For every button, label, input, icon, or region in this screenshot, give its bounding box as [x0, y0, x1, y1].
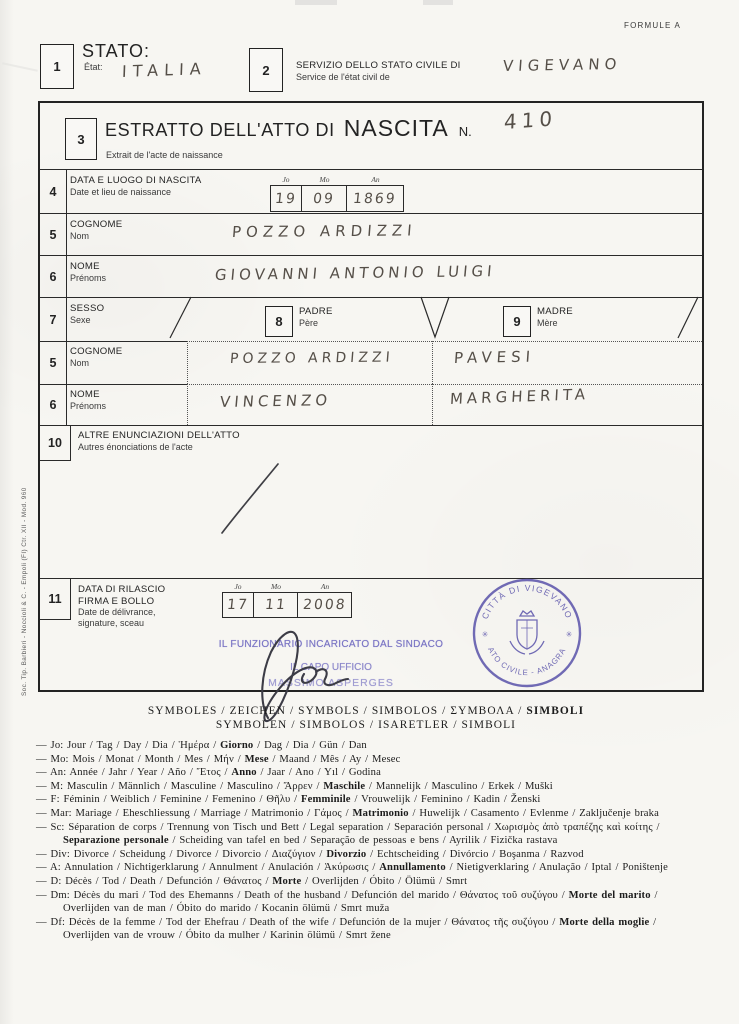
birth-labels: DATA E LUOGO DI NASCITA Date et lieu de …	[70, 175, 202, 198]
box-9-number: 9	[503, 306, 531, 337]
issue-label-fr2: signature, sceau	[78, 618, 165, 629]
other-labels: ALTRE ENUNCIAZIONI DELL'ATTO Autres énon…	[78, 430, 240, 453]
pencil-smudge	[2, 62, 38, 71]
issue-month-value: 11	[264, 597, 288, 613]
row-7-number: 7	[40, 298, 67, 341]
extract-subtitle-fr: Extrait de l'acte de naissance	[106, 150, 223, 161]
birth-label-fr: Date et lieu de naissance	[70, 187, 202, 198]
form-code: FORMULE A	[624, 21, 681, 30]
birth-year-value: 1869	[352, 191, 397, 207]
service-label-fr: Service de l'état civil de	[296, 72, 390, 83]
father-label-fr: Père	[299, 318, 333, 329]
state-label-it: STATO:	[82, 41, 150, 62]
mother-label-fr: Mère	[537, 318, 573, 329]
parents-given-labels: NOME Prénoms	[70, 389, 106, 412]
dotted-divider	[187, 384, 188, 425]
scan-smudge	[295, 0, 337, 5]
symbol-entry: — A: Annulation / Nichtigerklarung / Ann…	[36, 861, 704, 875]
child-surname-value: POZZO ARDIZZI	[231, 221, 417, 241]
parents-surname-label-fr: Nom	[70, 358, 122, 369]
parents-given-label-fr: Prénoms	[70, 401, 106, 412]
service-label-it: SERVIZIO DELLO STATO CIVILE DI	[296, 60, 461, 72]
given-label-fr: Prénoms	[70, 273, 106, 284]
birth-day-value: 19	[274, 191, 298, 207]
printer-margin-note: Soc. Tip. Barbieri - Noccioli & C. - Emp…	[21, 418, 33, 696]
mother-labels: MADRE Mère	[537, 306, 573, 329]
parents-given-label-it: NOME	[70, 389, 106, 401]
extract-number-value: 410	[504, 106, 558, 134]
box-8-number: 8	[265, 306, 293, 337]
other-label-it: ALTRE ENUNCIAZIONI DELL'ATTO	[78, 430, 240, 442]
row-6b-number: 6	[40, 384, 67, 425]
row-child-given: 6 NOME Prénoms GIOVANNI ANTONIO LUIGI	[40, 256, 702, 298]
other-label-fr: Autres énonciations de l'acte	[78, 442, 240, 453]
box-9-digit: 9	[513, 314, 520, 329]
row-extract-title: 3 ESTRATTO DELL'ATTO DI NASCITA N. Extra…	[40, 103, 702, 170]
row-10-number: 10	[40, 426, 71, 461]
box-1-digit: 1	[53, 59, 60, 74]
father-surname-value: POZZO ARDIZZI	[229, 350, 394, 367]
symbol-entry: — F: Féminin / Weiblich / Feminine / Fem…	[36, 793, 704, 807]
row-5-number: 5	[40, 214, 67, 255]
dotted-divider	[187, 341, 188, 384]
issue-year-value: 2008	[302, 597, 347, 613]
father-labels: PADRE Père	[299, 306, 333, 329]
birth-label-it: DATA E LUOGO DI NASCITA	[70, 175, 202, 187]
symbol-entry: — Jo: Jour / Tag / Day / Dia / Ἡμέρα / G…	[36, 739, 704, 753]
sex-labels: SESSO Sexe	[70, 303, 104, 326]
issue-label-it1: DATA DI RILASCIO	[78, 584, 165, 596]
symbol-entry: — Sc: Séparation de corps / Trennung von…	[36, 821, 704, 848]
dotted-divider	[432, 341, 433, 384]
father-label-it: PADRE	[299, 306, 333, 318]
child-given-value: GIOVANNI ANTONIO LUIGI	[214, 262, 496, 284]
symbol-entry: — D: Décès / Tod / Death / Defunción / Θ…	[36, 875, 704, 889]
box-8-digit: 8	[275, 314, 282, 329]
row-sex-parents: 7 SESSO Sexe 8 PADRE Père 9 MADRE Mère	[40, 298, 702, 341]
date-header-year: An	[347, 175, 404, 184]
row-issue: 11 DATA DI RILASCIO FIRMA E BOLLO Date d…	[40, 579, 702, 690]
parents-surname-label-it: COGNOME	[70, 346, 122, 358]
row-other-entries: 10 ALTRE ENUNCIAZIONI DELL'ATTO Autres é…	[40, 426, 702, 579]
symbol-entry: — Div: Divorce / Scheidung / Divorce / D…	[36, 848, 704, 862]
symbols-list: — Jo: Jour / Tag / Day / Dia / Ἡμέρα / G…	[36, 739, 704, 943]
symbols-header-line2: SYMBOLEN / SIMBOLOS / ISARETLER / SIMBOL…	[36, 719, 696, 733]
symbol-entry: — Mo: Mois / Monat / Month / Mes / Μήν /…	[36, 753, 704, 767]
row-parents-surname: 5 COGNOME Nom POZZO ARDIZZI PAVESI	[40, 341, 702, 384]
document-page: FORMULE A 1 STATO: État: ITALIA 2 SERVIZ…	[0, 0, 739, 1024]
row-4-number: 4	[40, 170, 67, 213]
symbol-entry: — Dm: Décès du mari / Tod des Ehemanns /…	[36, 889, 704, 916]
birth-month-cell: 09	[302, 185, 347, 212]
date-header-month: Mo	[302, 175, 347, 184]
scan-smudge	[423, 0, 453, 5]
official-name: MASSIMO ASPERGES	[205, 677, 457, 689]
row-6-number: 6	[40, 256, 67, 297]
issue-month-cell: 11	[254, 592, 298, 618]
symbol-entry: — M: Masculin / Männlich / Masculine / M…	[36, 780, 704, 794]
issue-label-it2: FIRMA E BOLLO	[78, 596, 165, 608]
issue-date-headers: Jo Mo An	[222, 582, 352, 591]
given-labels: NOME Prénoms	[70, 261, 106, 284]
extract-title-prefix: ESTRATTO DELL'ATTO DI	[105, 120, 335, 141]
extract-number-label: N.	[459, 124, 472, 139]
surname-label-it: COGNOME	[70, 219, 122, 231]
issue-date-grid: 17 11 2008	[222, 592, 352, 618]
mother-surname-value: PAVESI	[453, 348, 535, 367]
row-birth-date: 4 DATA E LUOGO DI NASCITA Date et lieu d…	[40, 170, 702, 214]
form-table: 3 ESTRATTO DELL'ATTO DI NASCITA N. Extra…	[38, 101, 704, 692]
mother-label-it: MADRE	[537, 306, 573, 318]
date-header-day: Jo	[222, 582, 254, 591]
issue-day-cell: 17	[222, 592, 254, 618]
sex-label-it: SESSO	[70, 303, 104, 315]
extract-title: ESTRATTO DELL'ATTO DI NASCITA N.	[105, 115, 472, 142]
issue-day-value: 17	[226, 597, 250, 613]
birth-day-cell: 19	[270, 185, 302, 212]
surname-label-fr: Nom	[70, 231, 122, 242]
symbol-entry: — An: Année / Jahr / Year / Año / Ἔτος /…	[36, 766, 704, 780]
official-title-line2: IL CAPO UFFICIO	[205, 662, 457, 673]
sex-label-fr: Sexe	[70, 315, 104, 326]
parents-surname-labels: COGNOME Nom	[70, 346, 122, 369]
symbols-header-line1: SYMBOLES / ZEICHEN / SYMBOLS / SIMBOLOS …	[36, 705, 696, 719]
date-header-year: An	[298, 582, 352, 591]
issue-labels: DATA DI RILASCIO FIRMA E BOLLO Date de d…	[78, 584, 165, 629]
box-2-digit: 2	[262, 63, 269, 78]
row-11-number: 11	[40, 579, 71, 620]
mother-given-value: MARGHERITA	[450, 385, 590, 408]
surname-labels: COGNOME Nom	[70, 219, 122, 242]
box-2-number: 2	[249, 48, 283, 92]
state-value: ITALIA	[122, 59, 207, 81]
given-label-it: NOME	[70, 261, 106, 273]
row-5b-number: 5	[40, 341, 67, 384]
issue-label-fr1: Date de délivrance,	[78, 607, 165, 618]
father-given-value: VINCENZO	[219, 391, 332, 411]
birth-year-cell: 1869	[347, 185, 404, 212]
date-header-day: Jo	[270, 175, 302, 184]
box-1-number: 1	[40, 44, 74, 89]
extract-title-main: NASCITA	[344, 115, 449, 142]
birth-month-value: 09	[312, 191, 336, 207]
box-3-number: 3	[65, 118, 97, 160]
service-value: VIGEVANO	[502, 55, 622, 75]
symbol-entry: — Df: Décès de la femme / Tod der Ehefra…	[36, 916, 704, 943]
box-3-digit: 3	[77, 132, 84, 147]
birth-date-headers: Jo Mo An	[270, 175, 404, 184]
birth-date-grid: 19 09 1869	[270, 185, 404, 212]
issue-year-cell: 2008	[298, 592, 352, 618]
date-header-month: Mo	[254, 582, 298, 591]
symbols-header: SYMBOLES / ZEICHEN / SYMBOLS / SIMBOLOS …	[36, 705, 696, 733]
row-parents-given: 6 NOME Prénoms VINCENZO MARGHERITA	[40, 384, 702, 426]
symbol-entry: — Mar: Mariage / Eheschliessung / Marria…	[36, 807, 704, 821]
dotted-divider	[432, 384, 433, 425]
state-label-fr: État:	[84, 62, 103, 73]
official-title-line1: IL FUNZIONARIO INCARICATO DAL SINDACO	[205, 639, 457, 650]
row-child-surname: 5 COGNOME Nom POZZO ARDIZZI	[40, 214, 702, 256]
